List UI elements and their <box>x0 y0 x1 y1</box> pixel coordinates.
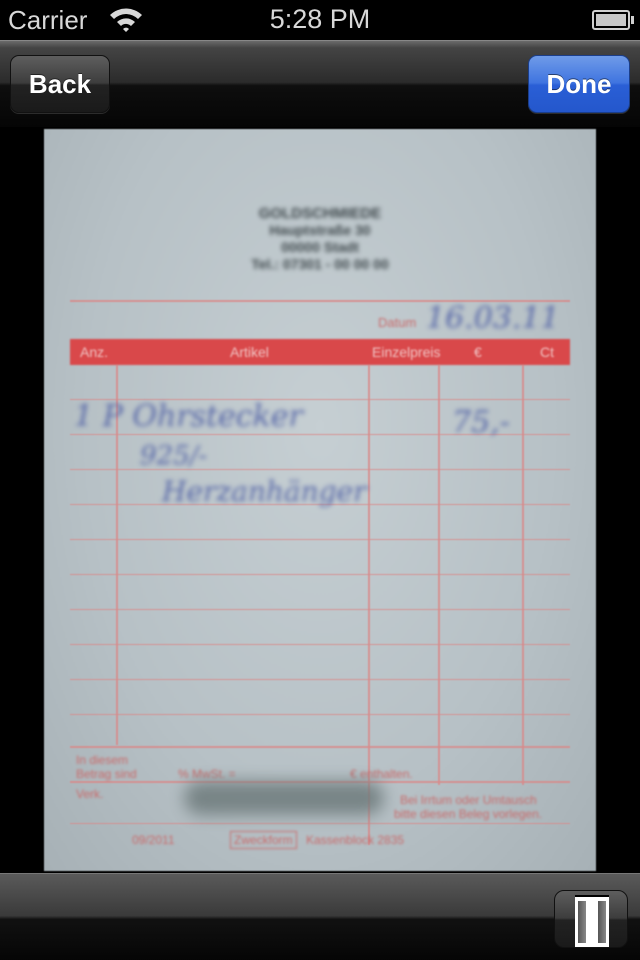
back-button[interactable]: Back <box>10 55 110 113</box>
row-line <box>70 714 570 715</box>
vat-percent: % MwSt. = <box>178 767 236 781</box>
date-value: 16.03.11 <box>426 301 560 336</box>
column-header: € <box>474 344 482 360</box>
column-line <box>522 365 524 785</box>
vat-label: Betrag sind <box>76 767 137 781</box>
receipt-photo: GOLDSCHMIEDE Hauptstraße 30 00000 Stadt … <box>44 129 596 871</box>
receipt-header-line: Hauptstraße 30 <box>44 222 596 238</box>
row-line <box>70 679 570 680</box>
row-line <box>70 823 570 824</box>
pause-button[interactable] <box>554 890 628 948</box>
notice-text: Bei Irrtum oder Umtausch <box>400 793 537 807</box>
row-line <box>70 644 570 645</box>
column-header: Artikel <box>230 344 269 360</box>
status-bar: Carrier 5:28 PM <box>0 0 640 40</box>
column-header: Anz. <box>80 344 108 360</box>
vat-contained: € enthalten. <box>350 767 413 781</box>
bottom-toolbar <box>0 873 640 960</box>
vat-label: In diesem <box>76 753 128 767</box>
handwritten-item: Herzanhänger <box>162 475 367 508</box>
navigation-bar: Back Done <box>0 40 640 128</box>
column-header: Ct <box>540 344 554 360</box>
row-line <box>70 574 570 575</box>
form-name: Kassenblock 2835 <box>306 833 404 847</box>
brand-logo: Zweckform <box>230 831 297 849</box>
row-line <box>70 746 570 748</box>
receipt-header-line: Tel.: 07301 - 00 00 00 <box>44 256 596 272</box>
column-header: Einzelpreis <box>372 344 440 360</box>
table-header: Anz. Artikel Einzelpreis € Ct <box>70 339 570 365</box>
seller-label: Verk. <box>76 787 103 801</box>
pause-icon <box>575 895 609 947</box>
handwritten-price: 75,- <box>452 405 510 440</box>
receipt-header-line: GOLDSCHMIEDE <box>44 205 596 222</box>
redacted-signature <box>184 781 384 815</box>
handwritten-item: 1 P Ohrstecker <box>74 399 303 434</box>
handwritten-item: 925/- <box>140 441 207 471</box>
column-line <box>438 365 440 785</box>
battery-icon <box>592 10 630 30</box>
notice-text: bitte diesen Beleg vorlegen. <box>394 807 542 821</box>
date-label: Datum <box>378 315 416 330</box>
clock: 5:28 PM <box>0 4 640 35</box>
row-line <box>70 609 570 610</box>
receipt-header-line: 00000 Stadt <box>44 239 596 255</box>
done-button[interactable]: Done <box>528 55 630 113</box>
row-line <box>70 539 570 540</box>
photo-viewer[interactable]: GOLDSCHMIEDE Hauptstraße 30 00000 Stadt … <box>0 127 640 873</box>
form-date: 09/2011 <box>132 833 175 847</box>
